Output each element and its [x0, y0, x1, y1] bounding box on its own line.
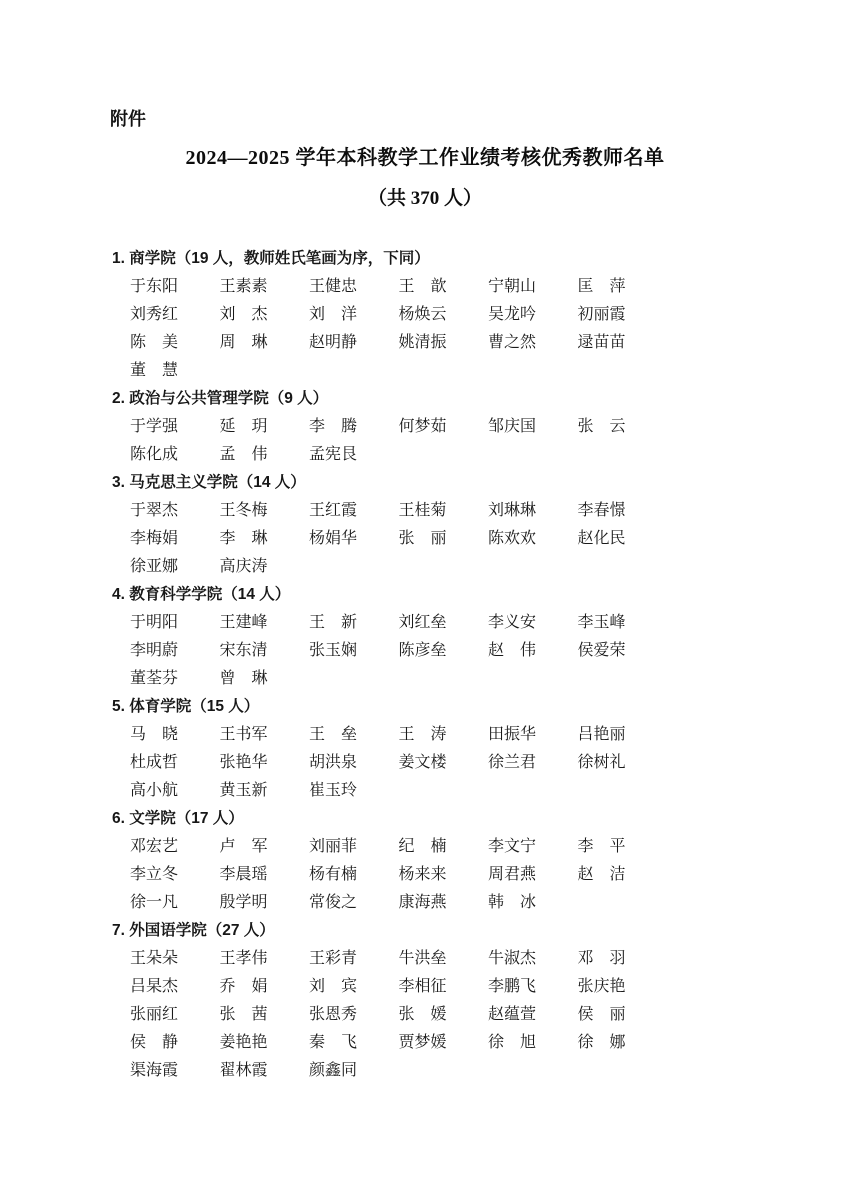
teacher-name: 李梅娟: [130, 525, 220, 553]
teacher-name: 刘丽菲: [309, 833, 399, 861]
teacher-name: 赵 伟: [488, 637, 578, 665]
document-title: 2024—2025 学年本科教学工作业绩考核优秀教师名单: [0, 144, 850, 172]
teacher-name: 黄玉新: [220, 777, 310, 805]
teacher-name: 李 腾: [309, 413, 399, 441]
teacher-name: 刘 宾: [309, 973, 399, 1001]
teacher-name: 田振华: [488, 721, 578, 749]
teacher-name: 董 慧: [130, 357, 220, 385]
teacher-name: 匡 萍: [578, 273, 668, 301]
teacher-name: 徐 娜: [578, 1029, 668, 1057]
teacher-name: 侯 丽: [578, 1001, 668, 1029]
teacher-name: 吕杲杰: [130, 973, 220, 1001]
teacher-name: 李玉峰: [578, 609, 668, 637]
teacher-name: 赵明静: [309, 329, 399, 357]
teacher-name: 李文宁: [488, 833, 578, 861]
teacher-name: 张庆艳: [578, 973, 668, 1001]
attachment-label: 附件: [110, 106, 850, 132]
teacher-name: 陈 美: [130, 329, 220, 357]
teacher-name: 陈彦垒: [399, 637, 489, 665]
teacher-name: 徐兰君: [488, 749, 578, 777]
names-grid: 于学强延 玥李 腾何梦茹邹庆国张 云陈化成孟 伟孟宪艮: [0, 413, 850, 469]
teacher-name: 李 琳: [220, 525, 310, 553]
teacher-name: 杨焕云: [399, 301, 489, 329]
teacher-name: 李鹏飞: [488, 973, 578, 1001]
document-subtitle: （共 370 人）: [0, 185, 850, 213]
teacher-name: 李明蔚: [130, 637, 220, 665]
teacher-name: 徐树礼: [578, 749, 668, 777]
teacher-name: 赵 洁: [578, 861, 668, 889]
teacher-name: 刘 洋: [309, 301, 399, 329]
teacher-name: 杨有楠: [309, 861, 399, 889]
teacher-name: 牛洪垒: [399, 945, 489, 973]
teacher-name: 张丽红: [130, 1001, 220, 1029]
college-section: 3. 马克思主义学院（14 人）于翠杰王冬梅王红霞王桂菊刘琳琳李春憬李梅娟李 琳…: [0, 469, 850, 581]
teacher-name: 杨来来: [399, 861, 489, 889]
teacher-name: 邓宏艺: [130, 833, 220, 861]
teacher-name: 王红霞: [309, 497, 399, 525]
college-section: 7. 外国语学院（27 人）王朵朵王孝伟王彩青牛洪垒牛淑杰邓 羽吕杲杰乔 娟刘 …: [0, 917, 850, 1085]
college-section: 5. 体育学院（15 人）马 晓王书军王 垒王 涛田振华吕艳丽杜成哲张艳华胡洪泉…: [0, 693, 850, 805]
teacher-name: 王桂菊: [399, 497, 489, 525]
teacher-name: 周君燕: [488, 861, 578, 889]
teacher-name: 王健忠: [309, 273, 399, 301]
teacher-name: 宋东清: [220, 637, 310, 665]
section-heading: 3. 马克思主义学院（14 人）: [0, 469, 850, 497]
names-grid: 于明阳王建峰王 新刘红垒李义安李玉峰李明蔚宋东清张玉娴陈彦垒赵 伟侯爱荣董荃芬曾…: [0, 609, 850, 693]
teacher-name: 秦 飞: [309, 1029, 399, 1057]
teacher-name: 姜文楼: [399, 749, 489, 777]
teacher-name: 高庆涛: [220, 553, 310, 581]
teacher-name: 孟 伟: [220, 441, 310, 469]
teacher-name: 张艳华: [220, 749, 310, 777]
names-grid: 邓宏艺卢 军刘丽菲纪 楠李文宁李 平李立冬李晨瑶杨有楠杨来来周君燕赵 洁徐一凡殷…: [0, 833, 850, 917]
teacher-name: 王素素: [220, 273, 310, 301]
teacher-name: 姜艳艳: [220, 1029, 310, 1057]
section-heading: 2. 政治与公共管理学院（9 人）: [0, 385, 850, 413]
teacher-name: 张 媛: [399, 1001, 489, 1029]
teacher-name: 李立冬: [130, 861, 220, 889]
teacher-name: 高小航: [130, 777, 220, 805]
teacher-name: 姚清振: [399, 329, 489, 357]
section-heading: 1. 商学院（19 人，教师姓氏笔画为序，下同）: [0, 245, 850, 273]
teacher-name: 董荃芬: [130, 665, 220, 693]
teacher-name: 邹庆国: [488, 413, 578, 441]
teacher-name: 纪 楠: [399, 833, 489, 861]
names-grid: 于东阳王素素王健忠王 歆宁朝山匡 萍刘秀红刘 杰刘 洋杨焕云吴龙吟初丽霞陈 美周…: [0, 273, 850, 385]
teacher-name: 王朵朵: [130, 945, 220, 973]
section-heading: 6. 文学院（17 人）: [0, 805, 850, 833]
teacher-name: 乔 娟: [220, 973, 310, 1001]
teacher-name: 刘琳琳: [488, 497, 578, 525]
teacher-name: 曹之然: [488, 329, 578, 357]
section-heading: 7. 外国语学院（27 人）: [0, 917, 850, 945]
teacher-name: 王 涛: [399, 721, 489, 749]
teacher-name: 张 云: [578, 413, 668, 441]
teacher-name: 邓 羽: [578, 945, 668, 973]
teacher-name: 卢 军: [220, 833, 310, 861]
teacher-name: 王 歆: [399, 273, 489, 301]
teacher-name: 杨娟华: [309, 525, 399, 553]
teacher-name: 于学强: [130, 413, 220, 441]
teacher-name: 殷学明: [220, 889, 310, 917]
teacher-name: 刘秀红: [130, 301, 220, 329]
teacher-name: 张恩秀: [309, 1001, 399, 1029]
names-grid: 王朵朵王孝伟王彩青牛洪垒牛淑杰邓 羽吕杲杰乔 娟刘 宾李相征李鹏飞张庆艳张丽红张…: [0, 945, 850, 1085]
section-heading: 4. 教育科学学院（14 人）: [0, 581, 850, 609]
names-grid: 马 晓王书军王 垒王 涛田振华吕艳丽杜成哲张艳华胡洪泉姜文楼徐兰君徐树礼高小航黄…: [0, 721, 850, 805]
teacher-name: 徐 旭: [488, 1029, 578, 1057]
teacher-name: 王书军: [220, 721, 310, 749]
teacher-name: 于明阳: [130, 609, 220, 637]
teacher-name: 王 垒: [309, 721, 399, 749]
teacher-name: 孟宪艮: [309, 441, 399, 469]
teacher-name: 李春憬: [578, 497, 668, 525]
teacher-name: 李晨瑶: [220, 861, 310, 889]
teacher-name: 韩 冰: [488, 889, 578, 917]
teacher-name: 陈化成: [130, 441, 220, 469]
teacher-name: 赵蕴萱: [488, 1001, 578, 1029]
teacher-name: 李义安: [488, 609, 578, 637]
college-section: 2. 政治与公共管理学院（9 人）于学强延 玥李 腾何梦茹邹庆国张 云陈化成孟 …: [0, 385, 850, 469]
teacher-name: 徐亚娜: [130, 553, 220, 581]
teacher-name: 牛淑杰: [488, 945, 578, 973]
teacher-name: 王建峰: [220, 609, 310, 637]
teacher-name: 延 玥: [220, 413, 310, 441]
teacher-name: 崔玉玲: [309, 777, 399, 805]
teacher-name: 何梦茹: [399, 413, 489, 441]
teacher-name: 初丽霞: [578, 301, 668, 329]
teacher-name: 于翠杰: [130, 497, 220, 525]
college-section: 1. 商学院（19 人，教师姓氏笔画为序，下同）于东阳王素素王健忠王 歆宁朝山匡…: [0, 245, 850, 385]
teacher-name: 徐一凡: [130, 889, 220, 917]
teacher-name: 渠海霞: [130, 1057, 220, 1085]
teacher-name: 马 晓: [130, 721, 220, 749]
teacher-name: 康海燕: [399, 889, 489, 917]
teacher-name: 贾梦媛: [399, 1029, 489, 1057]
teacher-name: 逯苗苗: [578, 329, 668, 357]
teacher-name: 颜鑫同: [309, 1057, 399, 1085]
teacher-name: 常俊之: [309, 889, 399, 917]
teacher-name: 曾 琳: [220, 665, 310, 693]
teacher-name: 王 新: [309, 609, 399, 637]
teacher-name: 刘 杰: [220, 301, 310, 329]
teacher-name: 于东阳: [130, 273, 220, 301]
teacher-name: 侯 静: [130, 1029, 220, 1057]
teacher-name: 王孝伟: [220, 945, 310, 973]
teacher-name: 胡洪泉: [309, 749, 399, 777]
teacher-name: 杜成哲: [130, 749, 220, 777]
teacher-name: 王彩青: [309, 945, 399, 973]
teacher-name: 宁朝山: [488, 273, 578, 301]
college-section: 6. 文学院（17 人）邓宏艺卢 军刘丽菲纪 楠李文宁李 平李立冬李晨瑶杨有楠杨…: [0, 805, 850, 917]
teacher-name: 周 琳: [220, 329, 310, 357]
teacher-name: 赵化民: [578, 525, 668, 553]
teacher-name: 陈欢欢: [488, 525, 578, 553]
sections-container: 1. 商学院（19 人，教师姓氏笔画为序，下同）于东阳王素素王健忠王 歆宁朝山匡…: [0, 245, 850, 1085]
teacher-name: 张 茜: [220, 1001, 310, 1029]
teacher-name: 张 丽: [399, 525, 489, 553]
college-section: 4. 教育科学学院（14 人）于明阳王建峰王 新刘红垒李义安李玉峰李明蔚宋东清张…: [0, 581, 850, 693]
teacher-name: 王冬梅: [220, 497, 310, 525]
teacher-name: 李 平: [578, 833, 668, 861]
teacher-name: 侯爱荣: [578, 637, 668, 665]
teacher-name: 张玉娴: [309, 637, 399, 665]
teacher-name: 李相征: [399, 973, 489, 1001]
teacher-name: 吕艳丽: [578, 721, 668, 749]
names-grid: 于翠杰王冬梅王红霞王桂菊刘琳琳李春憬李梅娟李 琳杨娟华张 丽陈欢欢赵化民徐亚娜高…: [0, 497, 850, 581]
document-page: 附件 2024—2025 学年本科教学工作业绩考核优秀教师名单 （共 370 人…: [0, 0, 850, 1202]
teacher-name: 吴龙吟: [488, 301, 578, 329]
teacher-name: 刘红垒: [399, 609, 489, 637]
section-heading: 5. 体育学院（15 人）: [0, 693, 850, 721]
teacher-name: 翟林霞: [220, 1057, 310, 1085]
